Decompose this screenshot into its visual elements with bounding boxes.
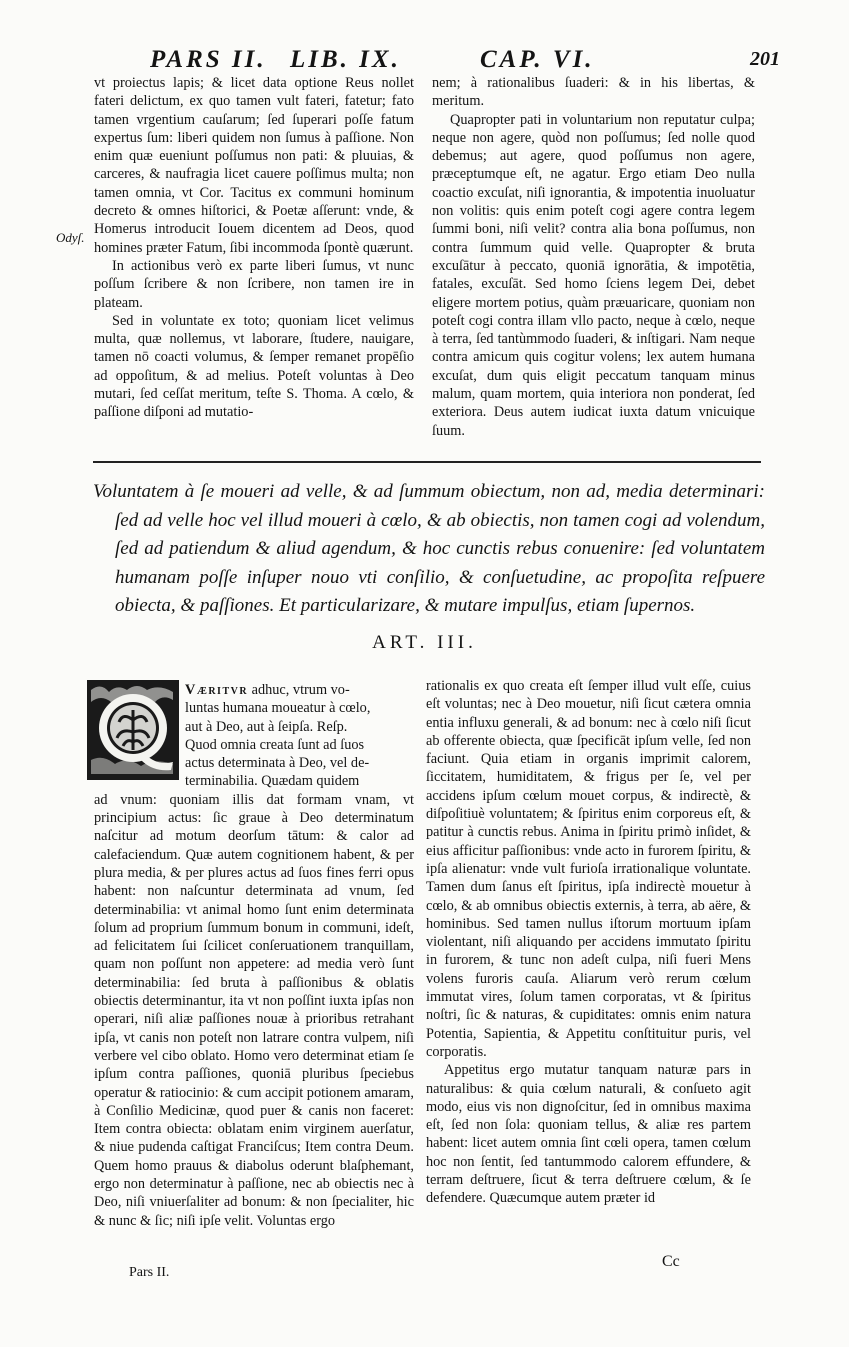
running-head-lib: LIB. IX. xyxy=(290,46,401,74)
paragraph: vt proiectus lapis; & licet data optione… xyxy=(94,74,414,257)
dropcap-line: Quod omnia creata ſunt ad ſuos xyxy=(94,736,414,754)
paragraph: Appetitus ergo mutatur tanquam naturæ pa… xyxy=(426,1061,751,1207)
paragraph: ad vnum: quoniam illis dat formam vnam, … xyxy=(94,791,414,1230)
top-left-column: vt proiectus lapis; & licet data optione… xyxy=(94,74,414,422)
paragraph: nem; à rationalibus ſuaderi: & in his li… xyxy=(432,74,755,111)
dropcap-line: Væritvr adhuc, vtrum vo- xyxy=(94,681,414,699)
catchword: Cc xyxy=(662,1253,680,1271)
article-heading: ART. III. xyxy=(0,632,849,654)
summary-text: Voluntatem à ſe moueri ad velle, & ad ſu… xyxy=(93,478,765,621)
book-page: PARS II. LIB. IX. CAP. VI. 201 Odyſ. vt … xyxy=(0,0,849,1347)
running-head-cap: CAP. VI. xyxy=(480,46,595,74)
dropcap-line: actus determinata à Deo, vel de- xyxy=(94,754,414,772)
dropcap-line: luntas humana moueatur à cœlo, xyxy=(94,699,414,717)
dropcap-line: terminabilia. Quædam quidem xyxy=(94,772,414,790)
running-head-pars: PARS II. xyxy=(150,46,267,74)
top-right-column: nem; à rationalibus ſuaderi: & in his li… xyxy=(432,74,755,440)
bottom-left-column: Væritvr adhuc, vtrum vo- luntas humana m… xyxy=(94,681,414,1230)
article-summary: Voluntatem à ſe moueri ad velle, & ad ſu… xyxy=(93,478,765,621)
bottom-right-column: rationalis ex quo creata eſt ſemper illu… xyxy=(426,677,751,1208)
signature-mark: Pars II. xyxy=(129,1265,169,1281)
margin-note: Odyſ. xyxy=(56,230,85,246)
running-head: PARS II. LIB. IX. CAP. VI. 201 xyxy=(150,46,780,76)
horizontal-rule xyxy=(93,461,761,463)
paragraph: rationalis ex quo creata eſt ſemper illu… xyxy=(426,677,751,1061)
page-number: 201 xyxy=(750,48,780,71)
paragraph: In actionibus verò ex parte liberi ſumus… xyxy=(94,257,414,312)
dropcap-line: aut à Deo, aut à ſeipſa. Reſp. xyxy=(94,718,414,736)
paragraph: Sed in voluntate ex toto; quoniam licet … xyxy=(94,312,414,422)
opening-word: Væritvr xyxy=(185,682,248,698)
paragraph: Quapropter pati in voluntarium non reput… xyxy=(432,111,755,440)
